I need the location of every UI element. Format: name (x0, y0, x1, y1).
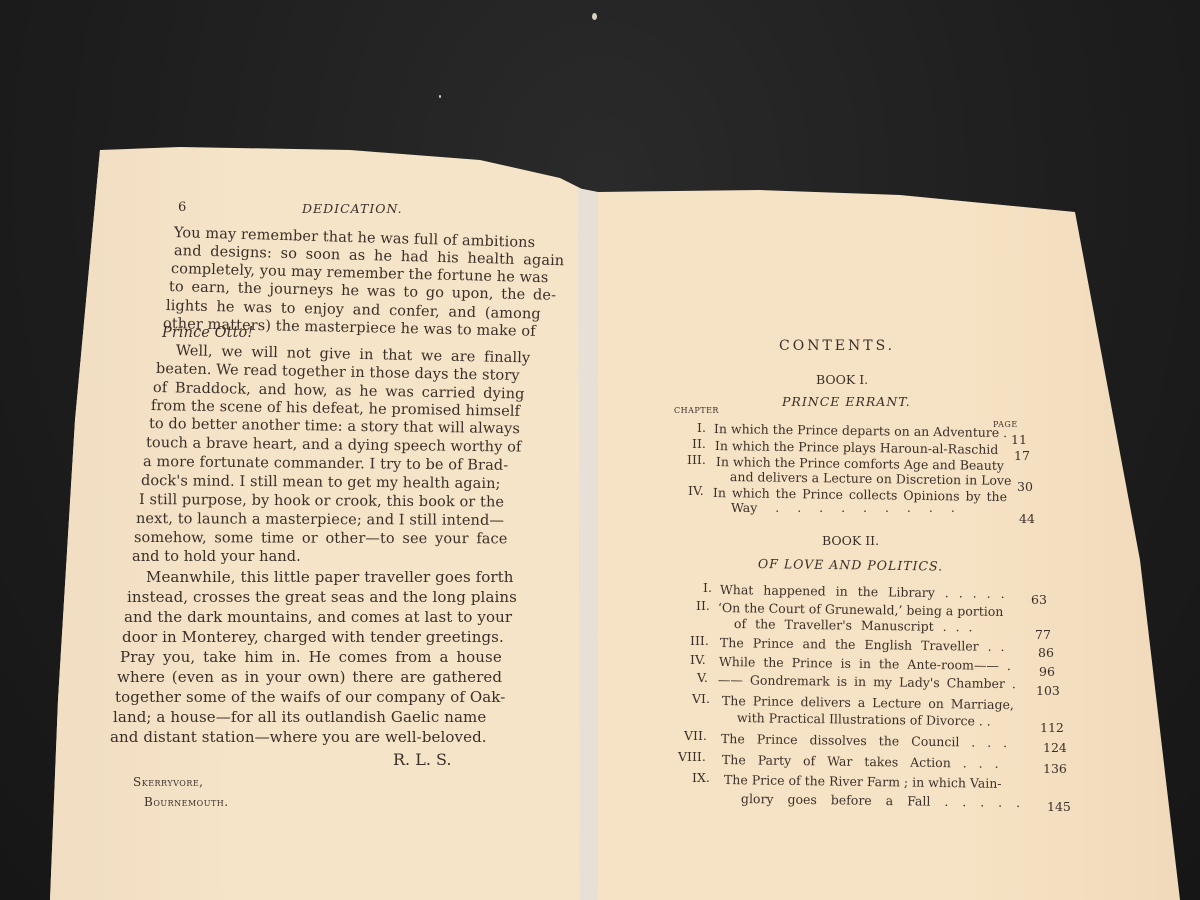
text-line: Pray you, take him in. He comes from a h… (120, 648, 502, 666)
dust-speck (439, 95, 441, 98)
toc-numeral: V. (697, 670, 708, 685)
toc-page: 63 (1031, 592, 1047, 607)
toc-numeral: IV. (688, 483, 704, 498)
chapter-column-label: CHAPTER (674, 406, 719, 415)
toc-page: 124 (1043, 740, 1067, 755)
dust-speck (592, 13, 597, 20)
toc-numeral: II. (696, 598, 710, 613)
running-head: DEDICATION. (302, 201, 403, 216)
toc-numeral: VII. (684, 728, 707, 743)
text-line: land; a house—for all its outlandish Gae… (113, 708, 486, 726)
text-line: instead, crosses the great seas and the … (127, 588, 517, 606)
text-line: door in Monterey, charged with tender gr… (122, 628, 504, 646)
toc-page: 17 (1014, 448, 1030, 463)
book-subtitle: PRINCE ERRANT. (782, 394, 911, 409)
toc-numeral: VI. (692, 691, 710, 706)
toc-entry: Way . . . . . . . . . (731, 500, 955, 515)
text-line: and the dark mountains, and comes at las… (124, 608, 512, 626)
toc-numeral: III. (690, 633, 709, 648)
text-line: where (even as in your own) there are ga… (117, 668, 502, 686)
toc-numeral: I. (697, 420, 706, 435)
toc-page: 44 (1019, 511, 1035, 526)
toc-page: 86 (1038, 645, 1054, 660)
toc-page: 77 (1035, 627, 1051, 642)
toc-numeral: I. (703, 580, 712, 595)
book-subtitle: OF LOVE AND POLITICS. (758, 556, 943, 574)
toc-numeral: II. (692, 436, 706, 451)
toc-page: 30 (1017, 479, 1033, 494)
toc-page: 11 (1011, 432, 1027, 447)
book-heading: BOOK I. (816, 372, 868, 387)
signature: R. L. S. (393, 750, 452, 769)
page-number: 6 (178, 200, 186, 215)
book-heading: BOOK II. (822, 533, 879, 548)
toc-page: 96 (1039, 664, 1055, 679)
text-line: dock's mind. I still mean to get my heal… (141, 473, 501, 492)
text-line: and to hold your hand. (132, 549, 301, 565)
toc-page: 103 (1036, 683, 1060, 698)
place-line: Bournemouth. (144, 795, 229, 809)
toc-numeral: IX. (692, 770, 710, 785)
text-line: I still purpose, by hook or crook, this … (139, 492, 504, 511)
toc-page: 112 (1040, 720, 1064, 735)
place-line: Skerryvore, (133, 775, 204, 789)
text-line: somehow, some time or other—to see your … (134, 530, 508, 547)
text-line: next, to launch a masterpiece; and I sti… (136, 511, 504, 529)
text-line: Prince Otto! (162, 325, 253, 341)
toc-numeral: VIII. (678, 749, 706, 764)
toc-page: 145 (1047, 799, 1071, 814)
text-line: Meanwhile, this little paper traveller g… (146, 568, 514, 586)
text-line: and distant station—where you are well-b… (110, 728, 487, 746)
contents-title: CONTENTS. (779, 338, 895, 354)
toc-numeral: IV. (690, 652, 706, 667)
text-line: together some of the waifs of our compan… (115, 688, 505, 706)
toc-numeral: III. (687, 452, 706, 467)
toc-page: 136 (1043, 761, 1067, 776)
